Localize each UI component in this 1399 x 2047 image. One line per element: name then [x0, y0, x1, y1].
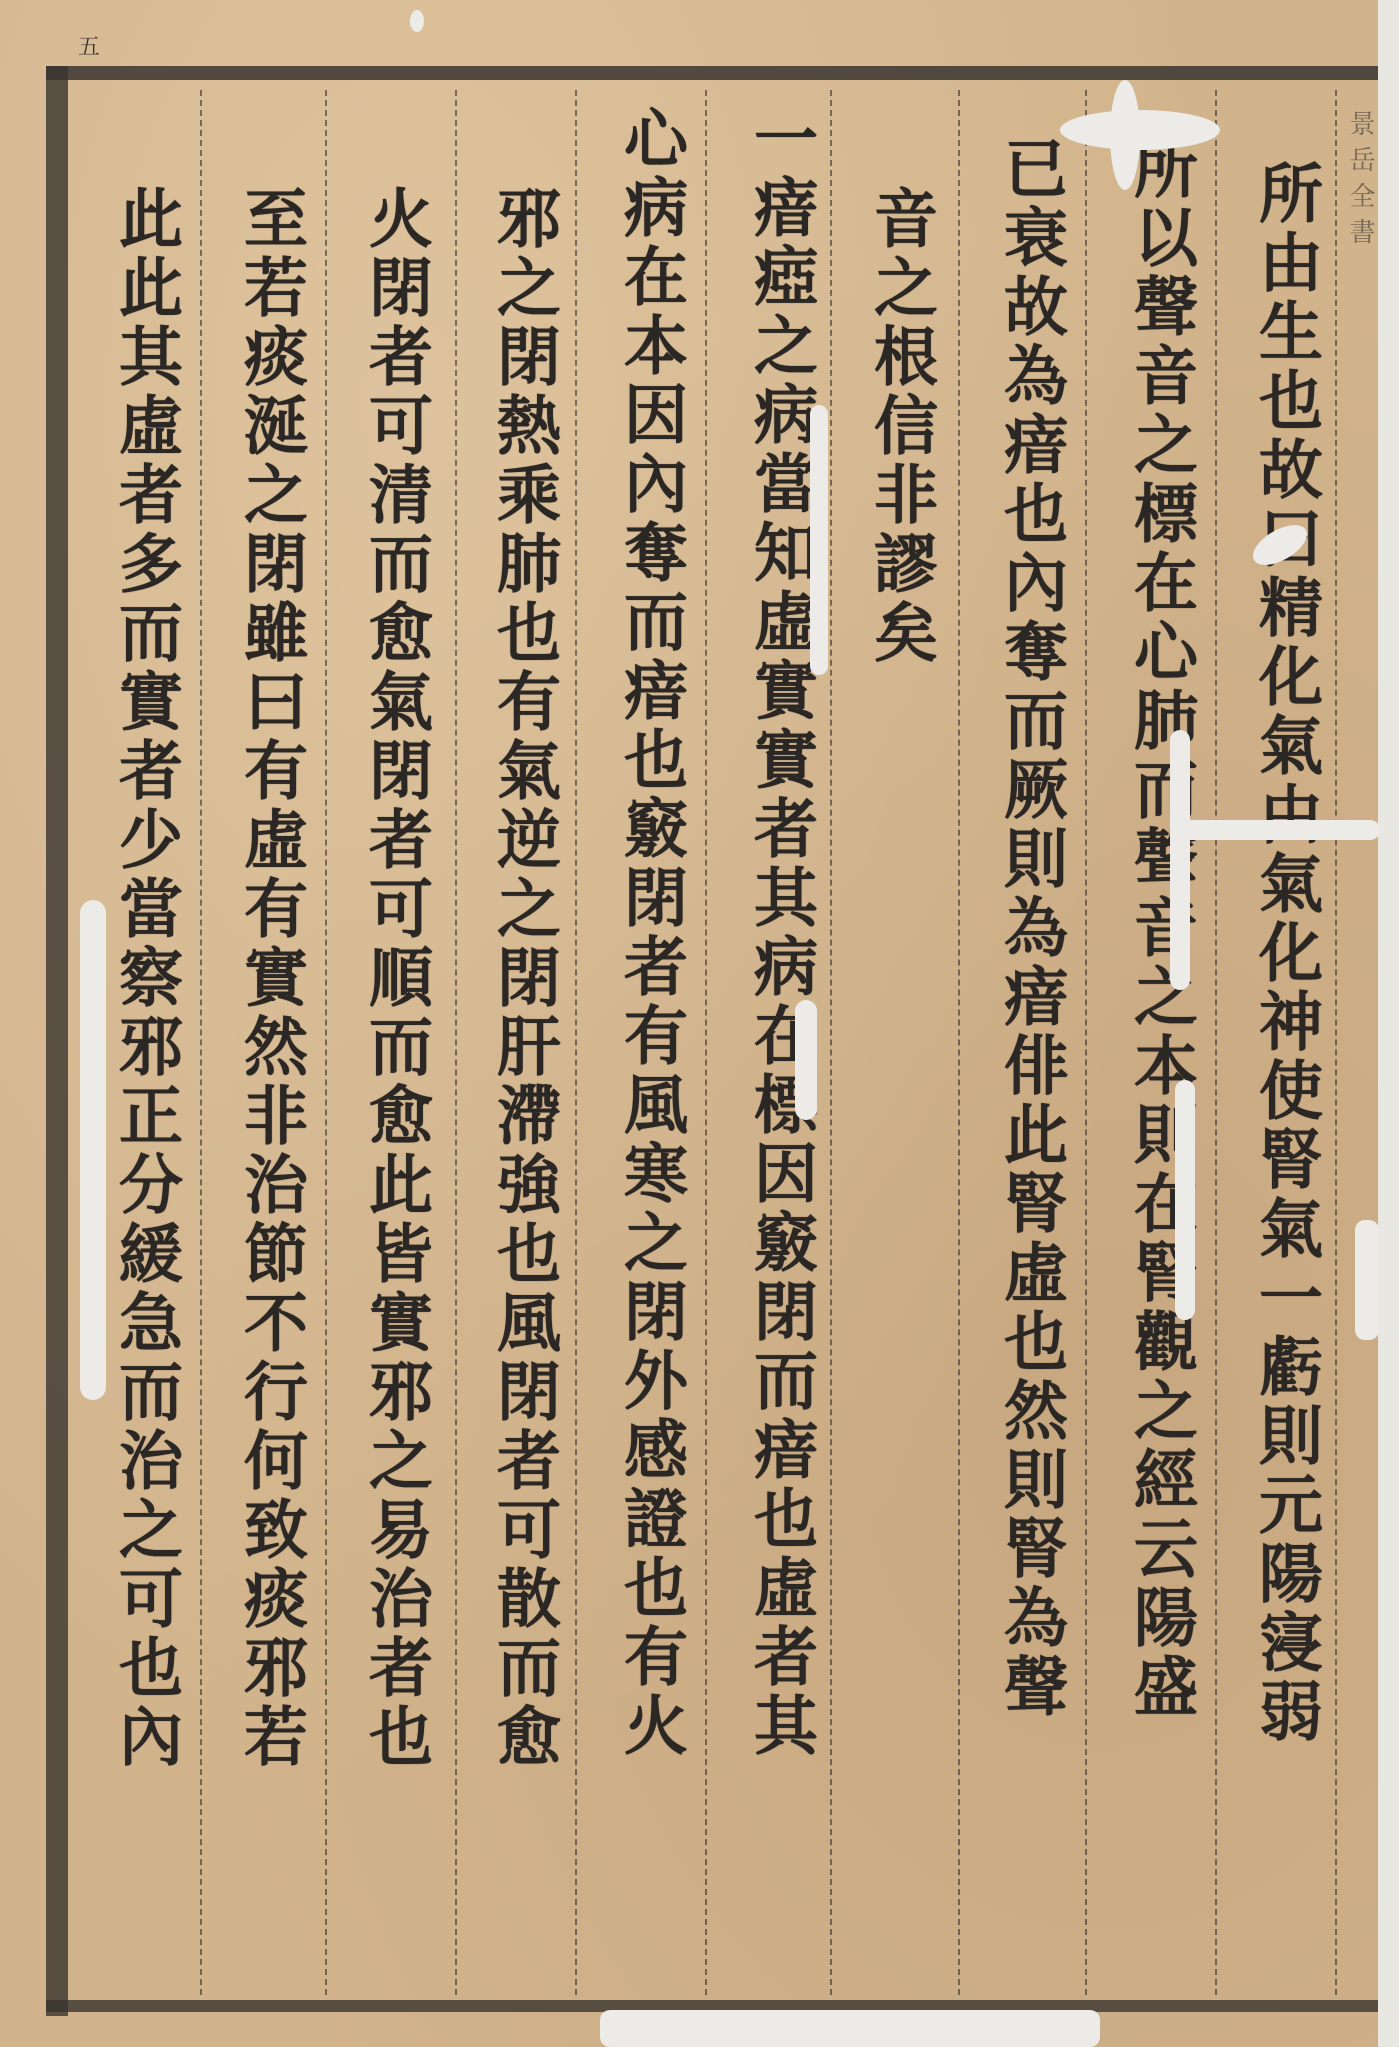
text-column-1: 所由生也故曰精化氣由氣化神使腎氣一虧則元陽寖弱 — [1240, 160, 1330, 1747]
column-rule — [1215, 90, 1217, 1995]
column-rule — [958, 90, 960, 1995]
margin-header: 景岳全書 — [1345, 110, 1375, 254]
frame-border-left — [46, 66, 68, 2016]
frame-border-top — [46, 66, 1378, 80]
damage-hole — [80, 900, 106, 1400]
column-rule — [830, 90, 832, 1995]
text-column-3: 已衰故為瘖也內奪而厥則為瘖俳此腎虛也然則腎為聲 — [985, 135, 1075, 1722]
damage-hole — [1060, 110, 1220, 150]
text-column-6: 心病在本因內奪而瘖也竅閉者有風寒之閉外感證也有火 — [605, 105, 695, 1761]
column-rule — [1085, 90, 1087, 1995]
text-column-2: 所以聲音之標在心肺而聲音之本則在腎觀之經云陽盛 — [1115, 135, 1205, 1722]
damage-hole — [1170, 730, 1190, 990]
text-column-8: 火閉者可清而愈氣閉者可順而愈此皆實邪之易治者也 — [350, 185, 440, 1772]
damage-hole — [810, 405, 828, 675]
corner-mark: 五 — [78, 30, 100, 61]
column-rule — [705, 90, 707, 1995]
column-rule — [455, 90, 457, 1995]
damage-hole — [1180, 820, 1380, 840]
text-column-5: 一瘖瘂之病當知虛實實者其病在標因竅閉而瘖也虛者其 — [735, 105, 825, 1761]
damage-hole — [1355, 1220, 1379, 1340]
text-column-7: 邪之閉熱乘肺也有氣逆之閉肝滯強也風閉者可散而愈 — [478, 185, 568, 1772]
damage-hole — [1175, 1080, 1195, 1320]
damage-hole — [600, 2010, 1100, 2047]
column-rule — [325, 90, 327, 1995]
column-rule — [575, 90, 577, 1995]
damage-hole — [1110, 80, 1140, 190]
damage-hole — [410, 10, 424, 32]
text-column-4: 音之根信非謬矣 — [855, 185, 945, 668]
text-column-9: 至若痰涎之閉雖曰有虛有實然非治節不行何致痰邪若 — [225, 185, 315, 1772]
text-column-10: 此此其虛者多而實者少當察邪正分緩急而治之可也內 — [100, 185, 190, 1772]
column-rule — [1335, 90, 1337, 1995]
column-rule — [200, 90, 202, 1995]
damage-hole — [795, 1000, 817, 1120]
